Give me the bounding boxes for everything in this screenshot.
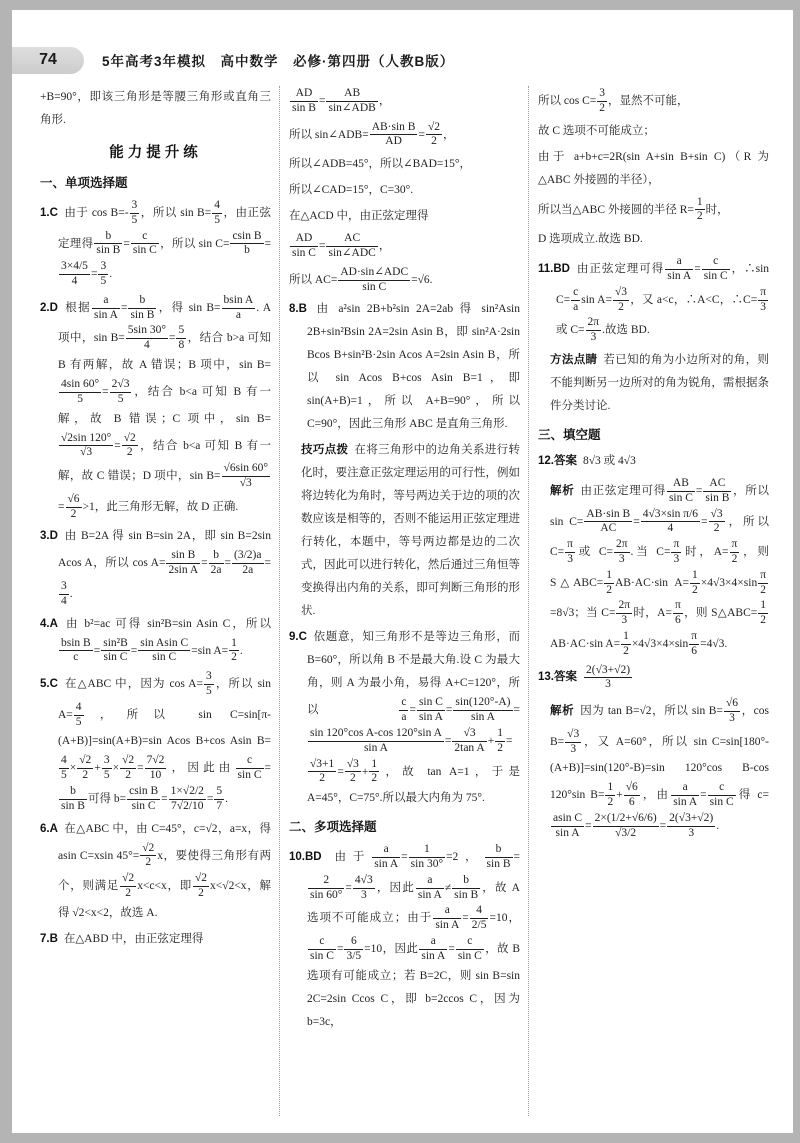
fraction: bsin Aa: [222, 294, 256, 323]
fraction: π3: [565, 538, 575, 567]
fraction: csin C: [708, 781, 736, 810]
item-label: 1.C: [40, 207, 58, 219]
fraction: csin C: [236, 754, 264, 783]
solution-item: 9.C依题意，知三角形不是等边三角形，而 B=60°，所以角 B 不是最大角.设…: [289, 626, 520, 810]
fraction: asin A: [372, 843, 400, 872]
fraction: sin Asin Csin C: [138, 637, 190, 666]
fraction: 12: [604, 569, 614, 598]
solution-item: 6.A在△ABC 中，由 C=45°，c=√2，a=x，得 asin C=xsi…: [40, 818, 271, 925]
fraction: bsin Bc: [59, 637, 93, 666]
item-label: 8.B: [289, 303, 307, 315]
solution-item: 7.B在△ABD 中，由正弦定理得: [40, 928, 271, 951]
fraction: AD·sin∠ADCsin C: [338, 266, 410, 295]
fraction: csin Bb: [230, 230, 263, 259]
fraction: b2a: [209, 549, 224, 578]
fraction: asin A: [416, 874, 444, 903]
item-label: 解析: [550, 705, 574, 717]
fraction: 12: [690, 569, 700, 598]
item-label: 4.A: [40, 618, 58, 630]
fraction: 4√3×sin π/64: [641, 508, 700, 537]
fraction: √2sin 120°√3: [59, 432, 113, 461]
fraction: 35: [98, 260, 108, 289]
item-label: 6.A: [40, 823, 58, 835]
fraction: √32: [345, 758, 361, 787]
item-label: 13.答案: [538, 671, 577, 683]
fraction: 45: [59, 754, 69, 783]
fraction: 2(√3+√2)3: [584, 664, 632, 693]
fraction: ACsin B: [703, 477, 731, 506]
item-label: 9.C: [289, 631, 307, 643]
fraction: ca: [399, 696, 408, 725]
column-left: +B=90°，即该三角形是等腰三角形或直角三角形.能力提升练一、单项选择题1.C…: [40, 86, 279, 1116]
fraction: √22: [193, 872, 209, 901]
fraction: π3: [758, 286, 768, 315]
fraction: 12: [369, 758, 379, 787]
fraction: 12: [758, 599, 768, 628]
fraction: 42/5: [470, 904, 489, 933]
fraction: bsin B: [59, 785, 87, 814]
text-line: 在△ACD 中，由正弦定理得: [289, 205, 520, 228]
item-label: 技巧点拨: [301, 444, 348, 456]
fraction: ABsin∠ADB: [326, 87, 377, 116]
fraction: asin A: [419, 935, 447, 964]
fraction: ABsin C: [667, 477, 695, 506]
question-type-heading: 三、填空题: [538, 424, 769, 446]
fraction: √22: [140, 842, 156, 871]
fraction: csin C: [456, 935, 484, 964]
solution-item: 10.BD由于asin A=1sin 30°=2，bsin B=2sin 60°…: [289, 842, 520, 1033]
fraction: csin Bsin C: [127, 785, 160, 814]
fraction: asin A: [665, 255, 693, 284]
fraction: 1sin 30°: [409, 843, 445, 872]
page-number: 74: [39, 51, 57, 69]
fraction: 2√35: [110, 378, 132, 407]
fraction: π3: [671, 538, 681, 567]
fraction: bsin B: [452, 874, 480, 903]
fraction: √63: [724, 697, 740, 726]
solution-item: 4.A由 b²=ac 可得 sin²B=sin Asin C，所以bsin Bc…: [40, 613, 271, 667]
solution-item: 5.C在△ABC 中，因为 cos A=35，所以 sin A=45，所以 si…: [40, 669, 271, 814]
solution-item: 2.D根据asin A=bsin B，得 sin B=bsin Aa. A 项中…: [40, 293, 271, 523]
fraction: 2π3: [586, 316, 602, 345]
fraction: 45: [74, 701, 84, 730]
fraction: 12: [229, 637, 239, 666]
fraction: asin Csin A: [551, 812, 584, 841]
fraction: 7√210: [145, 754, 167, 783]
text-line: +B=90°，即该三角形是等腰三角形或直角三角形.: [40, 86, 271, 132]
fraction: 12: [495, 727, 505, 756]
fraction: √6sin 60°√3: [222, 462, 270, 491]
note-block: 方法点睛若已知的角为小边所对的角，则不能判断另一边所对的角为锐角，需根据条件分类…: [538, 349, 769, 418]
fraction: √22: [120, 754, 136, 783]
item-label: 2.D: [40, 302, 58, 314]
fraction: 35: [130, 199, 140, 228]
item-label: 方法点睛: [550, 354, 597, 366]
fraction: √22: [426, 121, 442, 150]
solution-item: 1.C由于 cos B=-35，所以 sin B=45，由正弦定理得bsin B…: [40, 198, 271, 290]
item-label: 7.B: [40, 933, 58, 945]
fraction: 4sin 60°5: [59, 378, 101, 407]
column-middle: ADsin B=ABsin∠ADB，所以 sin∠ADB=AB·sin BAD=…: [279, 86, 528, 1116]
text-line: 所以∠ADB=45°，所以∠BAD=15°，: [289, 153, 520, 176]
content-columns: +B=90°，即该三角形是等腰三角形或直角三角形.能力提升练一、单项选择题1.C…: [40, 86, 777, 1116]
fraction: csin C: [131, 230, 159, 259]
fraction: 5sin 30°4: [126, 324, 168, 353]
fraction: 1×√2/27√2/10: [169, 785, 206, 814]
fraction: 34: [59, 580, 69, 609]
book-page: 74 5年高考3年模拟 高中数学 必修·第四册（人教B版） +B=90°，即该三…: [12, 10, 793, 1133]
solution-item: 13.答案2(√3+√2)3: [538, 663, 769, 694]
text-line: 由于 a+b+c=2R(sin A+sin B+sin C)（R 为△ABC 外…: [538, 146, 769, 192]
fraction: 12: [605, 781, 615, 810]
fraction: 57: [214, 785, 224, 814]
fraction: 2sin 60°: [308, 874, 344, 903]
solution-item: 12.答案8√3 或 4√3: [538, 450, 769, 473]
fraction: 4√33: [353, 874, 375, 903]
book-title: 5年高考3年模拟 高中数学 必修·第四册（人教B版）: [102, 50, 454, 70]
fraction: π6: [673, 599, 683, 628]
text-line: 所以 AC=AD·sin∠ADCsin C=√6.: [289, 265, 520, 296]
note-block: 解析由正弦定理可得ABsin C=ACsin B，所以 sin C=AB·sin…: [538, 476, 769, 660]
text-line: ADsin B=ABsin∠ADB，: [289, 86, 520, 117]
fraction: √22: [122, 432, 138, 461]
fraction: (3/2)a2a: [232, 549, 263, 578]
column-right: 所以 cos C=32，显然不可能，故 C 选项不可能成立；由于 a+b+c=2…: [528, 86, 777, 1116]
text-line: 所以 cos C=32，显然不可能，: [538, 86, 769, 117]
fraction: √32: [709, 508, 725, 537]
text-line: 所以∠CAD=15°，C=30°.: [289, 179, 520, 202]
fraction: bsin B: [128, 294, 156, 323]
fraction: 2(√3+√2)3: [667, 812, 715, 841]
text-line: 故 C 选项不可能成立；: [538, 120, 769, 143]
section-title: 能力提升练: [40, 142, 271, 164]
fraction: 12: [621, 630, 631, 659]
fraction: bsin B: [94, 230, 122, 259]
fraction: asin A: [433, 904, 461, 933]
fraction: 3×4/54: [59, 260, 90, 289]
item-label: 3.D: [40, 530, 58, 542]
item-label: 10.BD: [289, 851, 322, 863]
fraction: 2π3: [614, 538, 630, 567]
fraction: √32tan A: [452, 727, 486, 756]
page-number-badge: 74: [12, 47, 84, 74]
fraction: ADsin B: [290, 87, 318, 116]
fraction: AB·sin BAD: [370, 121, 418, 150]
fraction: 45: [212, 199, 222, 228]
fraction: √22: [120, 872, 136, 901]
fraction: 63/5: [344, 935, 363, 964]
question-type-heading: 一、单项选择题: [40, 172, 271, 194]
question-type-heading: 二、多项选择题: [289, 816, 520, 838]
fraction: 35: [204, 670, 214, 699]
fraction: AB·sin BAC: [584, 508, 632, 537]
fraction: √62: [66, 493, 82, 522]
note-block: 技巧点拨在将三角形中的边角关系进行转化时，要注意正弦定理运用的可行性，例如将边转…: [289, 439, 520, 623]
fraction: asin A: [92, 294, 120, 323]
fraction: bsin B: [485, 843, 513, 872]
fraction: π2: [758, 569, 768, 598]
fraction: ca: [571, 286, 580, 315]
solution-item: 8.B由 a²sin 2B+b²sin 2A=2ab 得 sin²Asin 2B…: [289, 298, 520, 436]
fraction: sin B2sin A: [166, 549, 200, 578]
solution-item: 3.D由 B=2A 得 sin B=sin 2A，即 sin B=2sin Ac…: [40, 525, 271, 609]
page-header: 74 5年高考3年模拟 高中数学 必修·第四册（人教B版）: [12, 46, 793, 74]
fraction: √22: [77, 754, 93, 783]
fraction: √3+12: [308, 758, 336, 787]
fraction: ACsin∠ADC: [326, 232, 377, 261]
fraction: asin A: [671, 781, 699, 810]
fraction: sin 120°cos A-cos 120°sin Asin A: [308, 727, 444, 756]
fraction: √66: [624, 781, 640, 810]
text-line: ADsin C=ACsin∠ADC，: [289, 231, 520, 262]
fraction: csin C: [702, 255, 730, 284]
fraction: sin(120°-A)sin A: [453, 696, 512, 725]
text-line: 所以当△ABC 外接圆的半径 R=12时，: [538, 195, 769, 226]
fraction: 32: [597, 87, 607, 116]
fraction: sin Csin A: [417, 696, 445, 725]
text-line: D 选项成立.故选 BD.: [538, 228, 769, 251]
solution-item: 11.BD由正弦定理可得asin A=csin C，∴sin C=casin A…: [538, 254, 769, 346]
fraction: 12: [695, 196, 705, 225]
text-line: 所以 sin∠ADB=AB·sin BAD=√22，: [289, 120, 520, 151]
item-label: 解析: [550, 485, 574, 497]
fraction: √32: [613, 286, 629, 315]
fraction: 2×(1/2+√6/6)√3/2: [593, 812, 659, 841]
note-block: 解析因为 tan B=√2，所以 sin B=√63，cos B=√33，又 A…: [538, 696, 769, 841]
fraction: 2π3: [616, 599, 632, 628]
item-label: 12.答案: [538, 455, 577, 467]
fraction: √33: [565, 728, 581, 757]
fraction: ADsin C: [290, 232, 318, 261]
item-label: 11.BD: [538, 263, 570, 275]
fraction: 58: [176, 324, 186, 353]
fraction: 35: [102, 754, 112, 783]
fraction: csin C: [308, 935, 336, 964]
item-label: 5.C: [40, 678, 58, 690]
fraction: π2: [730, 538, 740, 567]
fraction: sin²Bsin C: [101, 637, 130, 666]
fraction: π6: [689, 630, 699, 659]
